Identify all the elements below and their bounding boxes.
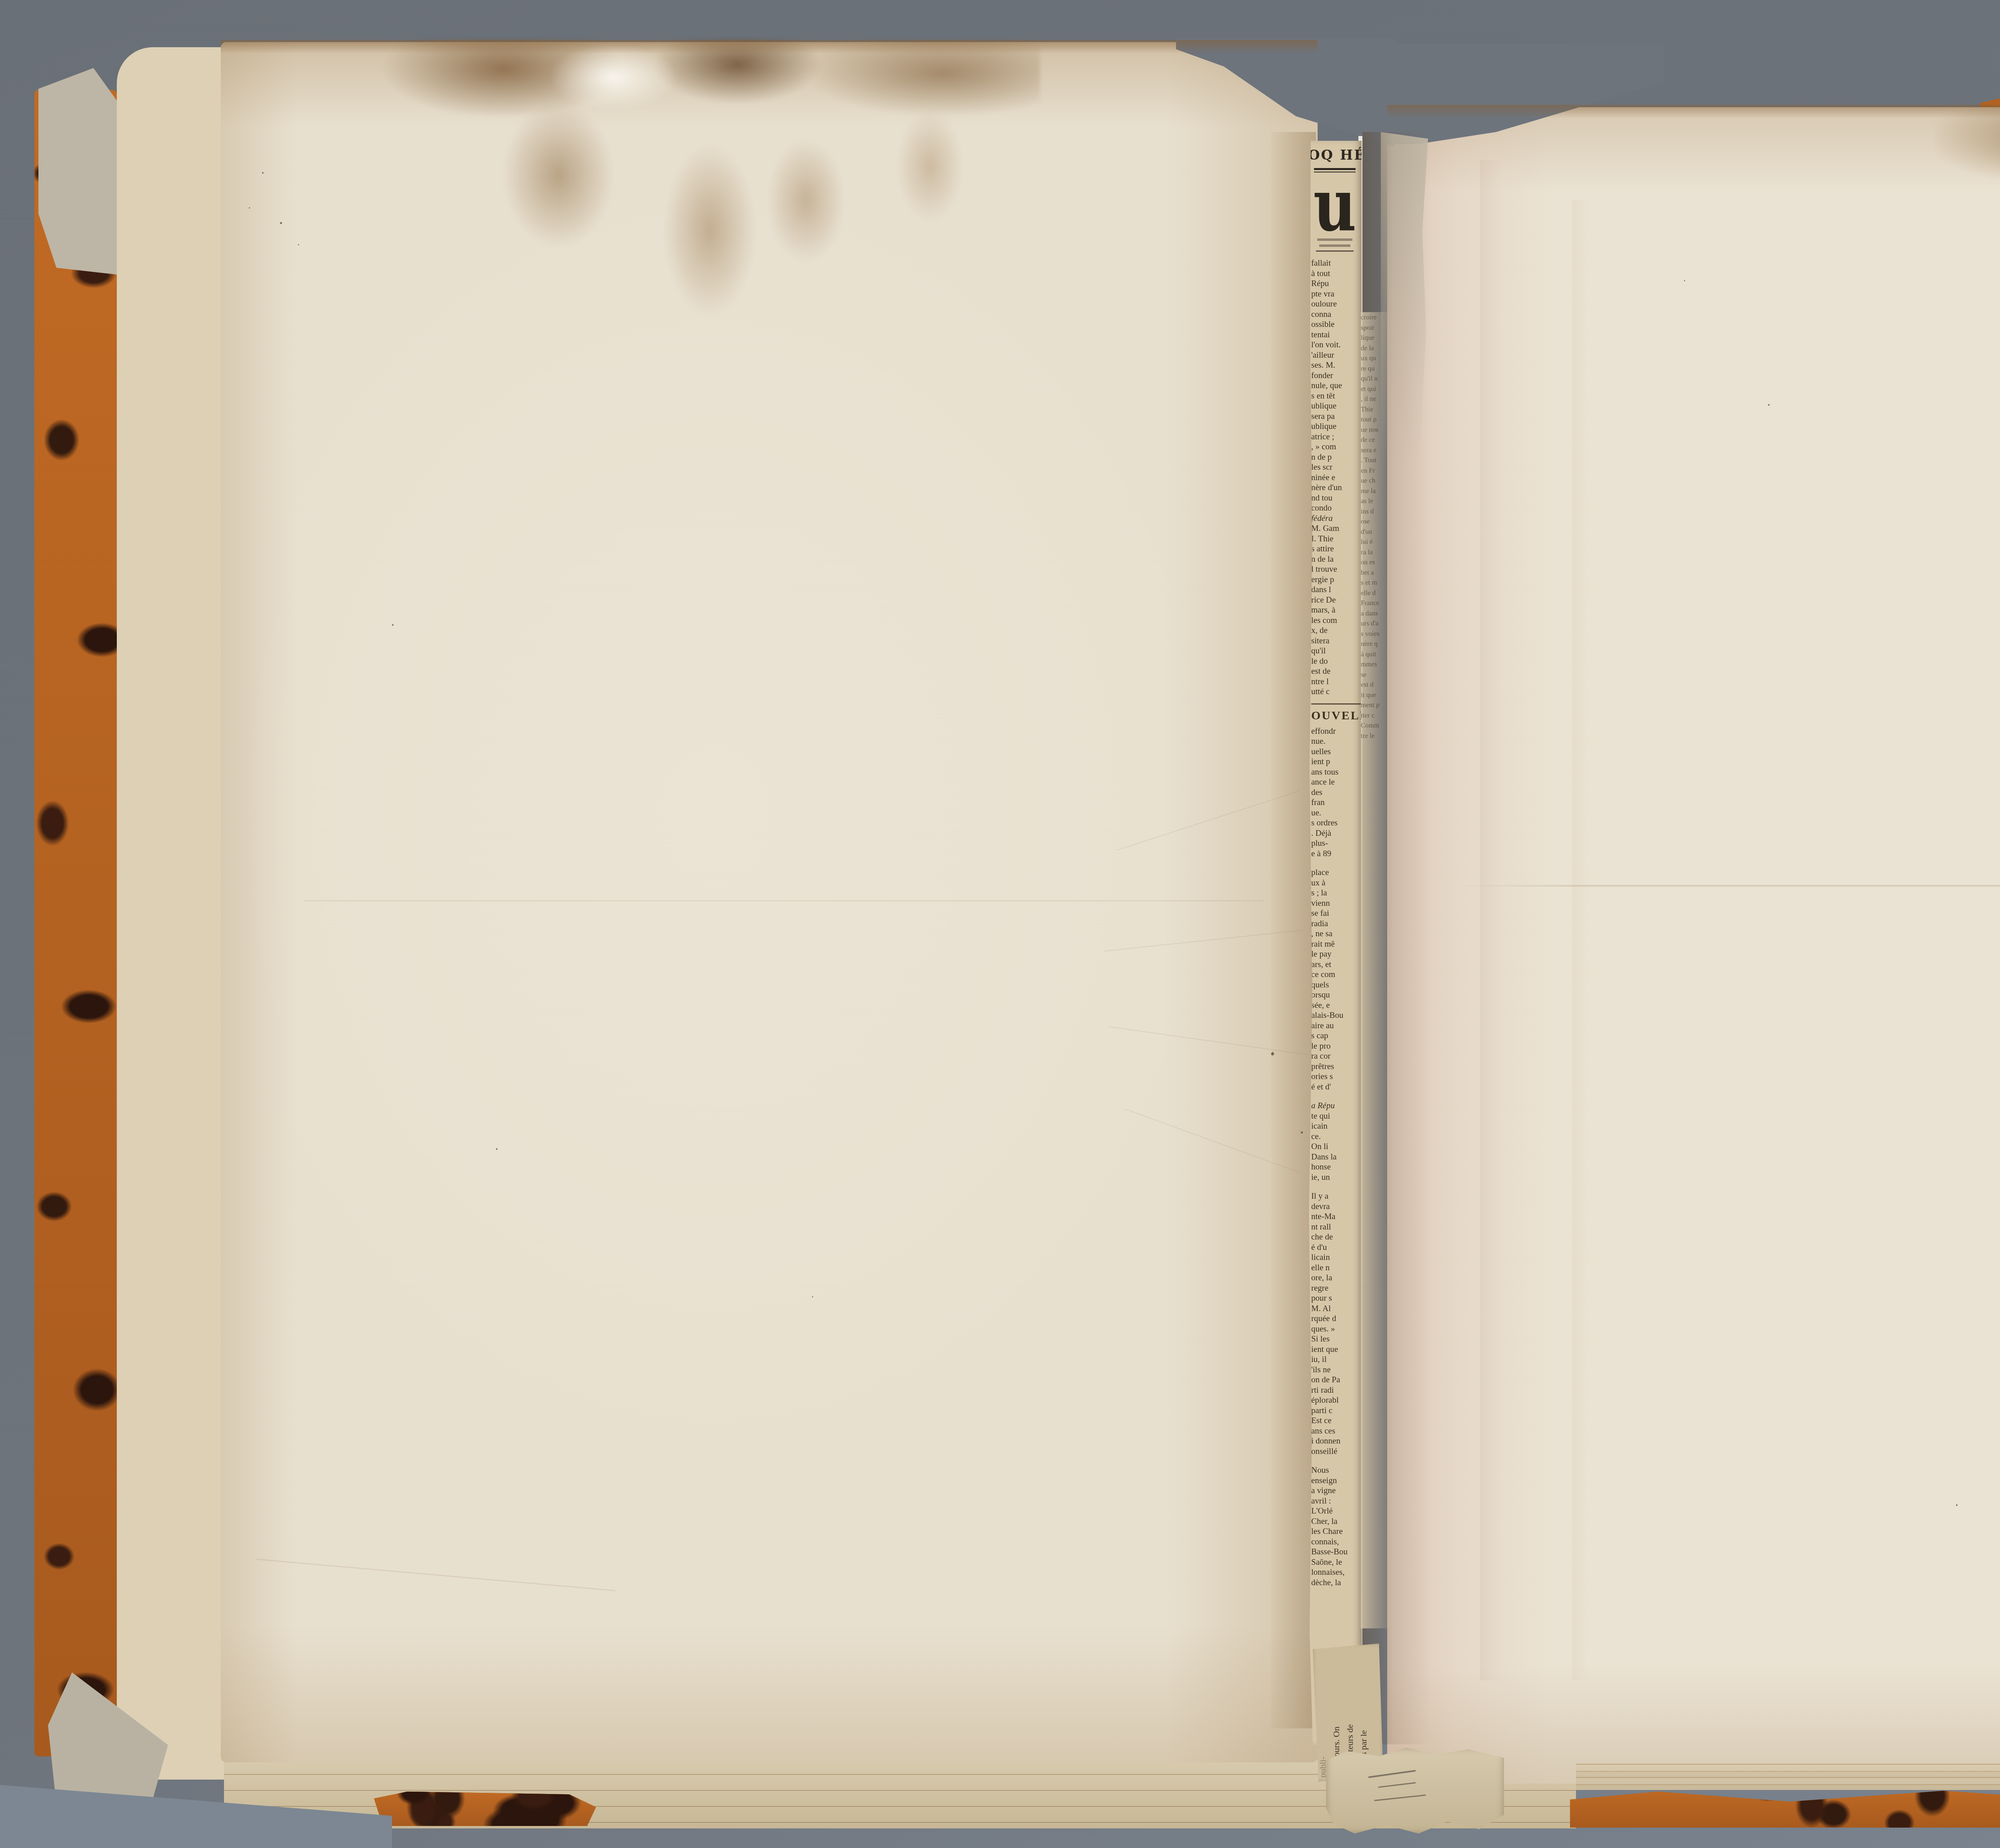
clipping-side-line: ins d	[1361, 506, 1389, 516]
clipping-text-line: ars, et	[1311, 959, 1362, 970]
clipping-text-line: s attire	[1311, 544, 1362, 554]
clipping-text-line: ra cor	[1311, 1051, 1362, 1061]
clipping-text-line: plus-	[1311, 838, 1362, 849]
clipping-text-line: é d'u	[1311, 1242, 1362, 1253]
clipping-text-line: Dans la	[1311, 1152, 1362, 1162]
clipping-text-line: devra	[1311, 1201, 1362, 1212]
clipping-text-line: fallait	[1311, 258, 1362, 268]
clipping-text-line: e à 89	[1311, 849, 1362, 859]
clipping-text-line: Saône, le	[1311, 1557, 1362, 1568]
clipping-side-line: ux qu	[1361, 353, 1389, 363]
clipping-text-line: fran	[1311, 797, 1362, 808]
clipping-side-line: ment p	[1361, 700, 1389, 710]
clipping-text-line: nt rall	[1311, 1222, 1362, 1232]
clipping-text-line: x, de	[1311, 625, 1362, 636]
clipping-text-line: ublique	[1311, 421, 1362, 432]
clipping-text-line: condo	[1311, 503, 1362, 513]
clipping-text-line: n de p	[1311, 452, 1362, 463]
clipping-text-line: les com	[1311, 615, 1362, 626]
clipping-text-line: Répu	[1311, 278, 1362, 289]
clipping-text-line: à tout	[1311, 268, 1362, 279]
clipping-text-line: nule, que	[1311, 380, 1362, 391]
clipping-text-line: se fai	[1311, 908, 1362, 919]
clipping-side-line: s et m	[1361, 577, 1389, 588]
clipping-text-line: sitera	[1311, 636, 1362, 646]
clipping-masthead-initial: u	[1308, 168, 1362, 242]
clipping-text-line: nte-Ma	[1311, 1211, 1362, 1222]
clipping-text-line: l trouve	[1311, 564, 1362, 575]
clipping-text-line: te qui	[1311, 1111, 1362, 1121]
clipping-text-column: fallaità toutRépupte vraouloureconnaossi…	[1308, 255, 1362, 1588]
clipping-side-line: ue ch	[1361, 475, 1389, 486]
clipping-text-line: nue.	[1311, 736, 1362, 747]
clipping-side-line: tre le	[1361, 730, 1389, 741]
water-stain-left-page	[352, 39, 1040, 463]
clipping-side-line: re qu	[1361, 363, 1389, 373]
clipping-text-line: ce.	[1311, 1131, 1362, 1142]
clipping-text-line: sera pa	[1311, 411, 1362, 422]
clipping-side-line: urs d'a	[1361, 618, 1389, 629]
clipping-text-line: pour s	[1311, 1293, 1362, 1303]
clipping-text-line: 'ailleur	[1311, 350, 1362, 360]
foxing-speck	[280, 222, 282, 224]
clipping-text-line: rti radi	[1311, 1385, 1362, 1396]
clipping-text-line: quels	[1311, 980, 1362, 990]
clipping-text-line: ce com	[1311, 969, 1362, 980]
crease-left-page-horizontal	[304, 900, 1264, 901]
clipping-text-line: atrice ;	[1311, 432, 1362, 442]
clipping-text-line: parti c	[1311, 1406, 1362, 1416]
clipping-text-line: qu'il	[1311, 646, 1362, 656]
clipping-side-line: d'un	[1361, 526, 1389, 537]
foxing-speck	[1684, 280, 1685, 281]
foxing-speck	[262, 172, 264, 174]
clipping-side-line: est d	[1361, 679, 1389, 690]
clipping-text-line: effondr	[1311, 726, 1362, 737]
clipping-text-line: , ne sa	[1311, 929, 1362, 939]
clipping-text-line: ore, la	[1311, 1273, 1362, 1283]
clipping-text-line: lonnaises,	[1311, 1567, 1362, 1578]
clipping-text-line: ntre l	[1311, 677, 1362, 687]
clipping-side-line: , il ne	[1361, 394, 1389, 404]
clipping-text-line: place	[1311, 867, 1362, 878]
clipping-text-line: L'Orlé	[1311, 1506, 1362, 1516]
clipping-text-line: avril :	[1311, 1496, 1362, 1506]
clipping-side-line: lique	[1361, 332, 1389, 343]
clipping-text-line: M. Gam	[1311, 523, 1362, 534]
clipping-text-line: le do	[1311, 656, 1362, 667]
clipping-text-line: éplorabl	[1311, 1395, 1362, 1406]
clipping-text-line: uelles	[1311, 747, 1362, 757]
clipping-side-line: à quit	[1361, 649, 1389, 659]
clipping-side-line: croire	[1361, 312, 1389, 322]
clipping-text-line: n de la	[1311, 554, 1362, 565]
clipping-text-line: fonder	[1311, 370, 1362, 381]
clipping-side-line: ra la	[1361, 547, 1389, 557]
clipping-text-line: le pro	[1311, 1041, 1362, 1051]
clipping-side-line: tter c	[1361, 710, 1389, 720]
foxing-speck	[249, 207, 250, 208]
clipping-text-line: on de Pa	[1311, 1375, 1362, 1385]
clipping-text-line: ories s	[1311, 1071, 1362, 1082]
clipping-text-line: vienn	[1311, 898, 1362, 909]
clipping-text-line: ques. »	[1311, 1324, 1362, 1334]
cover-marbled-bottom-left-piece	[374, 1792, 596, 1826]
clipping-text-line: icain	[1311, 1121, 1362, 1131]
clipping-text-line: i donnen	[1311, 1436, 1362, 1446]
clipping-text-line: l'on voit.	[1311, 340, 1362, 350]
clipping-side-line: a dans	[1361, 608, 1389, 618]
clipping-side-line: bet a	[1361, 567, 1389, 577]
clipping-text-line: s cap	[1311, 1031, 1362, 1041]
clipping-text-line: ouloure	[1311, 299, 1362, 309]
clipping-side-line: ose	[1361, 516, 1389, 527]
water-stain-right-page	[1936, 104, 2000, 672]
clipping-text-line: tentai	[1311, 330, 1362, 340]
clipping-text-line: fédéra	[1311, 513, 1362, 524]
spine-bottom-fray	[1326, 1748, 1504, 1834]
right-page	[1387, 107, 2000, 1784]
clipping-text-line: dèche, la	[1311, 1578, 1362, 1588]
clipping-text-line: ninée e	[1311, 473, 1362, 483]
clipping-text-line: 'ils ne	[1311, 1365, 1362, 1375]
clipping-text-line: ient p	[1311, 757, 1362, 767]
clipping-text-line: Cher, la	[1311, 1516, 1362, 1527]
right-page-top-edge-tone	[1387, 105, 2000, 118]
clipping-text-line	[1311, 1182, 1362, 1191]
clipping-text-line: iu, il	[1311, 1354, 1362, 1365]
clipping-text-line: le pay	[1311, 949, 1362, 959]
clipping-text-line: prêtres	[1311, 1061, 1362, 1072]
foxing-speck	[1768, 404, 1770, 406]
clipping-text-line: ergie p	[1311, 575, 1362, 585]
clipping-side-line: s voies	[1361, 628, 1389, 639]
clipping-text-line: Basse-Bou	[1311, 1547, 1362, 1557]
foxing-speck	[392, 624, 394, 626]
clipping-text-line: alais-Bou	[1311, 1010, 1362, 1021]
clipping-side-line: France	[1361, 598, 1389, 608]
clipping-side-line: mmes	[1361, 659, 1389, 669]
clipping-text-line: ans tous	[1311, 767, 1362, 777]
clipping-text-line: utté c	[1311, 687, 1362, 697]
clipping-text-line: rice De	[1311, 595, 1362, 605]
gutter-glue-stain	[1271, 132, 1316, 1728]
clipping-text-line: honse	[1311, 1162, 1362, 1172]
clipping-masthead-fragment: OQ HÉ	[1308, 147, 1362, 163]
clipping-text-line: I. Thie	[1311, 534, 1362, 544]
clipping-text-line: est de	[1311, 666, 1362, 677]
crease-right-page-horizontal	[1456, 885, 2000, 887]
page-stack-bottom-right-edge	[1576, 1764, 2000, 1790]
clipping-text-line: nère d'un	[1311, 483, 1362, 493]
clipping-side-line: it que	[1361, 689, 1389, 700]
cover-marbled-bottom-band	[1570, 1788, 2000, 1828]
page-stack-left-edge	[117, 47, 224, 1780]
clipping-text-line: connais,	[1311, 1537, 1362, 1547]
clipping-side-line: en Fr	[1361, 465, 1389, 475]
clipping-side-line: de ce	[1361, 434, 1389, 445]
clipping-text-line: che de	[1311, 1232, 1362, 1242]
clipping-side-column: croirespoirliquede laux qure ququ'il net…	[1361, 312, 1389, 1629]
clipping-text-line: regre	[1311, 1283, 1362, 1293]
clipping-text-line: ux à	[1311, 878, 1362, 888]
clipping-side-line: elle d	[1361, 587, 1389, 598]
streak-right-page-vertical-2	[1572, 200, 1588, 1680]
clipping-text-line: ue.	[1311, 808, 1362, 818]
clipping-side-line: qu'il n	[1361, 373, 1389, 384]
clipping-text-line: a vigne	[1311, 1486, 1362, 1496]
clipping-side-line: tout p	[1361, 414, 1389, 424]
clipping-text-line: Nous	[1311, 1465, 1362, 1476]
clipping-masthead-rule-2	[1316, 250, 1354, 252]
foxing-speck	[812, 1296, 813, 1297]
clipping-side-line: on es	[1361, 557, 1389, 567]
clipping-text-line: OUVELLES	[1311, 703, 1362, 726]
clipping-text-line	[1311, 1092, 1362, 1101]
clipping-side-line: lui é	[1361, 537, 1389, 547]
clipping-text-line: Est ce	[1311, 1416, 1362, 1426]
clipping-text-line: licain	[1311, 1252, 1362, 1263]
clipping-text-line: dans l	[1311, 585, 1362, 595]
clipping-text-line: pte vra	[1311, 289, 1362, 299]
cover-marbled-left-edge	[34, 90, 117, 1756]
clipping-text-line: On li	[1311, 1141, 1362, 1152]
clipping-side-line: Thie	[1361, 404, 1389, 414]
clipping-text-line: enseign	[1311, 1476, 1362, 1486]
clipping-text-line: Il y a	[1311, 1191, 1362, 1201]
clipping-text-line: les scr	[1311, 462, 1362, 473]
clipping-text-line: des	[1311, 787, 1362, 798]
clipping-text-line: , » com	[1311, 442, 1362, 452]
clipping-text-line: . Déjà	[1311, 828, 1362, 839]
clipping-side-line: nère q	[1361, 639, 1389, 649]
clipping-text-line: Si les	[1311, 1334, 1362, 1344]
clipping-text-line: les Chare	[1311, 1526, 1362, 1537]
clipping-text-line: ans ces	[1311, 1426, 1362, 1436]
clipping-text-line: rquée d	[1311, 1313, 1362, 1324]
clipping-side-line: . Tout	[1361, 455, 1389, 465]
clipping-text-line: sée, e	[1311, 1000, 1362, 1011]
clipping-side-line: se	[1361, 669, 1389, 679]
clipping-side-line: me la	[1361, 485, 1389, 496]
clipping-text-line: conna	[1311, 309, 1362, 320]
clipping-text-line: rait mê	[1311, 939, 1362, 949]
clipping-text-line: M. Al	[1311, 1303, 1362, 1314]
clipping-text-line: ient que	[1311, 1344, 1362, 1355]
clipping-text-line: a Répu	[1311, 1101, 1362, 1111]
clipping-text-line	[1311, 859, 1362, 867]
foxing-speck	[298, 244, 299, 245]
clipping-text-line: nd tou	[1311, 493, 1362, 503]
clipping-text-line: s ordres	[1311, 818, 1362, 828]
clipping-rotated-line: publi-	[1316, 1640, 1330, 1778]
clipping-side-line: ue nos	[1361, 424, 1389, 434]
clipping-text-line: onseillé	[1311, 1446, 1362, 1457]
clipping-side-line: spoir	[1361, 322, 1389, 332]
clipping-side-line: et qui	[1361, 383, 1389, 394]
foxing-speck	[496, 1148, 498, 1150]
clipping-text-line: é et d'	[1311, 1082, 1362, 1092]
streak-right-page-vertical-1	[1480, 160, 1502, 1680]
foxing-speck	[1956, 1504, 1958, 1506]
clipping-text-line: mars, à	[1311, 605, 1362, 615]
clipping-text-line: s ; la	[1311, 888, 1362, 898]
clipping-text-line: orsqu	[1311, 990, 1362, 1000]
clipping-text-line: ossible	[1311, 319, 1362, 330]
clipping-text-line: ie, un	[1311, 1172, 1362, 1183]
clipping-text-line	[1311, 1456, 1362, 1465]
clipping-side-line: as le	[1361, 496, 1389, 506]
newspaper-clipping: OQ HÉ u fallaità toutRépupte vraoulourec…	[1308, 141, 1362, 1745]
clipping-side-line: Comm	[1361, 720, 1389, 731]
clipping-text-line: ses. M.	[1311, 360, 1362, 370]
clipping-text-line: radia	[1311, 919, 1362, 929]
album-photo: OQ HÉ u fallaità toutRépupte vraoulourec…	[0, 0, 2000, 1848]
clipping-text-line: elle n	[1311, 1263, 1362, 1273]
clipping-masthead: OQ HÉ u	[1308, 141, 1362, 252]
clipping-text-line: ance le	[1311, 777, 1362, 787]
foxing-speck	[1301, 1131, 1303, 1133]
left-page-top-edge-tone	[221, 40, 1318, 54]
clipping-text-line: aire au	[1311, 1021, 1362, 1031]
clipping-text-line: ublique	[1311, 401, 1362, 411]
clipping-side-line: de la	[1361, 342, 1389, 353]
clipping-side-line: sera e	[1361, 444, 1389, 455]
clipping-text-line: s en têt	[1311, 391, 1362, 401]
